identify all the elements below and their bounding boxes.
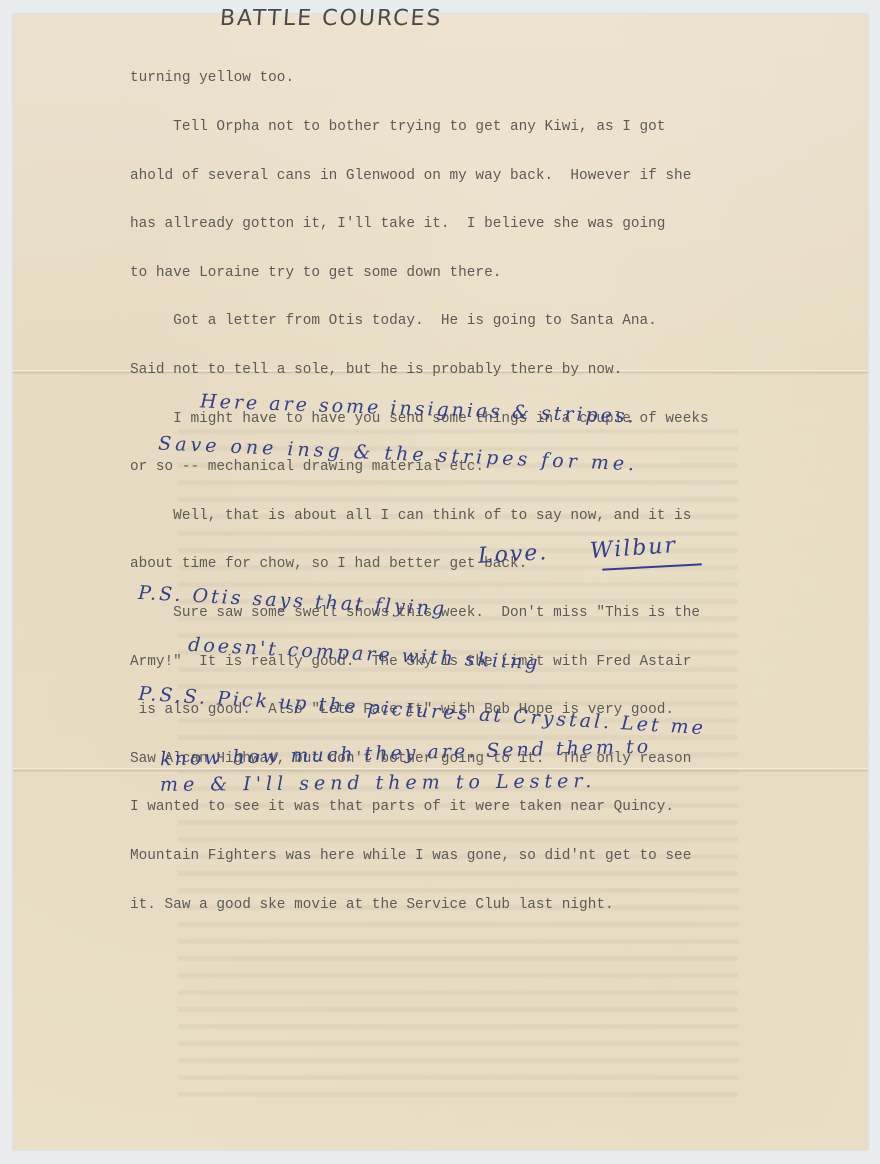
typed-line: ahold of several cans in Glenwood on my …	[130, 168, 770, 184]
typed-line: Mountain Fighters was here while I was g…	[130, 848, 770, 864]
typed-line: Well, that is about all I can think of t…	[130, 508, 770, 524]
typed-line: to have Loraine try to get some down the…	[130, 265, 770, 281]
typed-line: Said not to tell a sole, but he is proba…	[130, 362, 770, 378]
handwritten-pss-line-3: me & I'll send them to Lester.	[160, 770, 597, 796]
typed-line: Tell Orpha not to bother trying to get a…	[130, 119, 770, 135]
typed-line: it. Saw a good ske movie at the Service …	[130, 897, 770, 913]
typed-line: I wanted to see it was that parts of it …	[130, 799, 770, 815]
typed-line: has allready gotton it, I'll take it. I …	[130, 216, 770, 232]
handwritten-closing: Love.	[477, 540, 549, 569]
typed-line: Got a letter from Otis today. He is goin…	[130, 313, 770, 329]
typed-line: turning yellow too.	[130, 70, 770, 86]
pencil-heading: BATTLE COURCES	[219, 6, 443, 31]
